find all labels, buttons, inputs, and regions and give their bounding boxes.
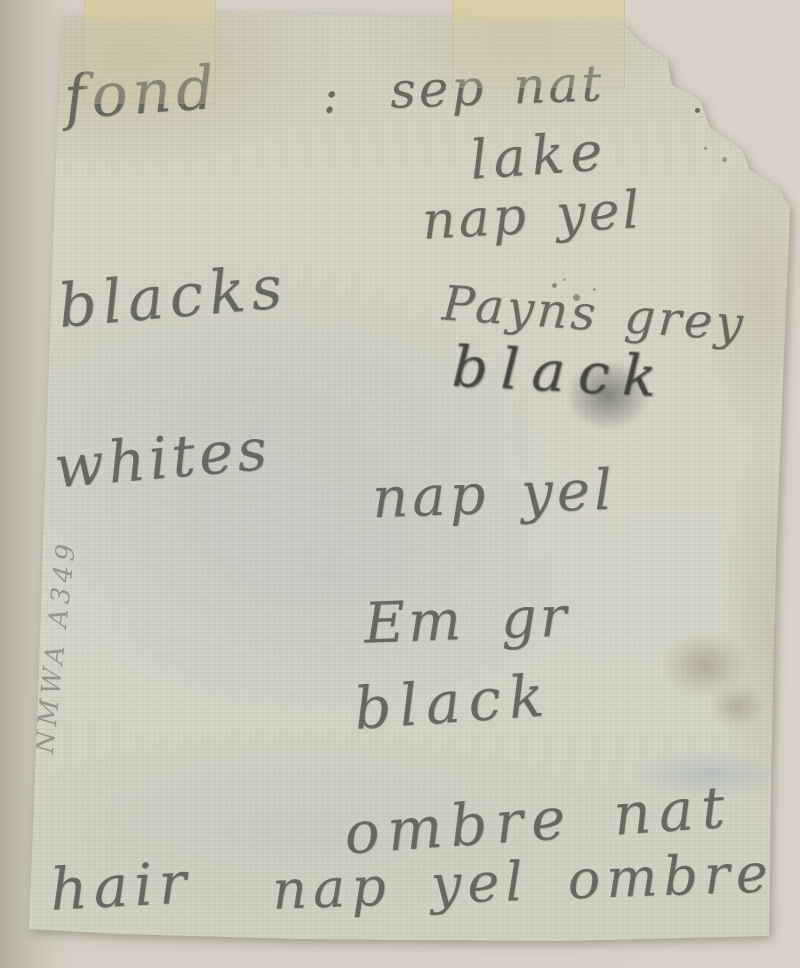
handwriting-black-2: black [352, 661, 554, 743]
vertical-accession-inscription: NMWA A349 [30, 538, 82, 755]
handwriting-colon: : [321, 68, 343, 125]
handwriting-em-gr: Em gr [363, 584, 571, 656]
photographed-note-backdrop: fond : sep nat lake nap yel blacks Payns… [0, 0, 800, 968]
handwriting-blacks: blacks [55, 252, 290, 342]
handwriting-nap-yel-2: nap yel [371, 458, 617, 531]
faint-blue-mark [632, 752, 784, 798]
handwriting-whites: whites [51, 415, 273, 502]
dark-specks-center [552, 283, 557, 288]
tape-strip-left [84, 0, 216, 104]
handwriting-lake: lake [468, 119, 610, 191]
tape-strip-right [452, 0, 625, 88]
dark-specks-top-right [695, 108, 700, 113]
graphite-smudge-stain [568, 362, 648, 428]
handwriting-hair: hair [48, 848, 194, 923]
paper-shadow-wrap: fond : sep nat lake nap yel blacks Payns… [0, 0, 800, 968]
note-paper: fond : sep nat lake nap yel blacks Payns… [0, 0, 800, 968]
handwriting-nap-yel-1: nap yel [421, 180, 644, 251]
